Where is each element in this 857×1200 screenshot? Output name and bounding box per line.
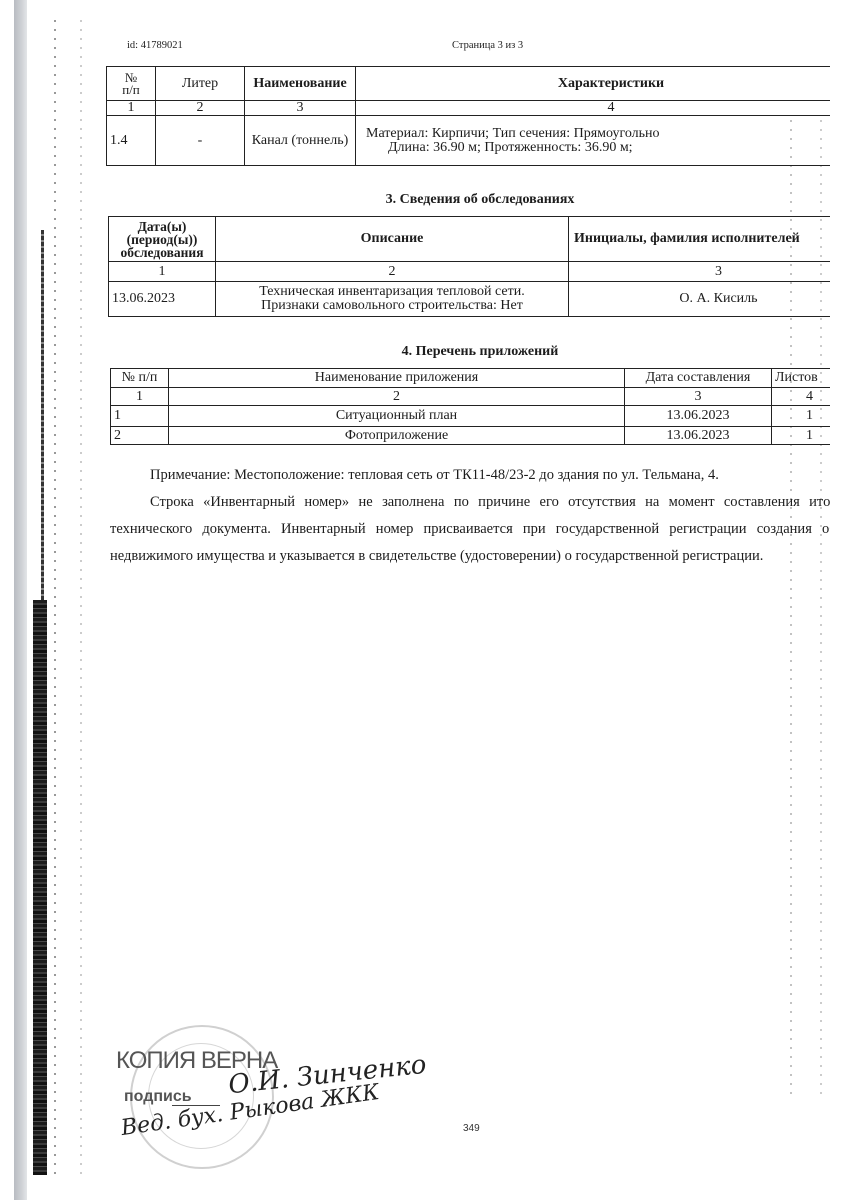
inspections-table: Дата(ы) (период(ы)) обследования Описани… [108, 216, 830, 317]
col-description-header: Описание [216, 217, 569, 262]
numbering-cell: 1 [109, 262, 216, 282]
table-row: 1.4 - Канал (тоннель) Материал: Кирпичи;… [107, 116, 831, 166]
row-litera: - [156, 116, 245, 166]
row-name: Ситуационный план [169, 406, 625, 427]
description-line1: Техническая инвентаризация тепловой сети… [259, 284, 525, 299]
numbering-cell: 1 [111, 388, 169, 406]
numbering-cell: 2 [156, 101, 245, 116]
row-no: 1 [111, 406, 169, 427]
scan-artifact-bar [33, 600, 47, 1175]
numbering-cell: 4 [772, 388, 831, 406]
numbering-cell: 1 [107, 101, 156, 116]
inspections-table-wrapper: Дата(ы) (период(ы)) обследования Описани… [108, 216, 830, 318]
description-line2: Признаки самовольного строительства: Нет [261, 298, 523, 313]
inventory-number-note: Строка «Инвентарный номер» не заполнена … [110, 489, 830, 570]
scan-left-edge [14, 0, 27, 1200]
row-no: 1.4 [107, 116, 156, 166]
table-row: 2 Фотоприложение 13.06.2023 1 [111, 427, 831, 445]
characteristics-line1: Материал: Кирпичи; Тип сечения: Прямоуго… [366, 126, 660, 141]
numbering-row: 1 2 3 4 [111, 388, 831, 406]
col-name-header: Наименование [245, 67, 356, 101]
col-performer-header: Инициалы, фамилия исполнителей [569, 217, 831, 262]
elements-table: № п/п Литер Наименование Характеристики … [106, 66, 830, 166]
signature-label: подпись [124, 1088, 192, 1106]
elements-table-wrapper: № п/п Литер Наименование Характеристики … [106, 66, 830, 166]
col-no-line2: п/п [122, 82, 140, 97]
page-number: 349 [463, 1123, 480, 1134]
notes-block: Примечание: Местоположение: тепловая сет… [110, 462, 830, 570]
notes-wrapper: Примечание: Местоположение: тепловая сет… [110, 462, 830, 597]
table-row: 13.06.2023 Техническая инвентаризация те… [109, 282, 831, 317]
row-characteristics: Материал: Кирпичи; Тип сечения: Прямоуго… [356, 116, 831, 166]
row-name: Канал (тоннель) [245, 116, 356, 166]
scan-artifact-dots [80, 20, 82, 1180]
numbering-cell: 4 [356, 101, 831, 116]
section3-title: 3. Сведения об обследованиях [300, 192, 660, 208]
row-performer: О. А. Кисиль [569, 282, 831, 317]
characteristics-line2: Длина: 36.90 м; Протяженность: 36.90 м; [366, 140, 633, 155]
row-date: 13.06.2023 [625, 427, 772, 445]
section4-title: 4. Перечень приложений [290, 344, 670, 360]
row-description: Техническая инвентаризация тепловой сети… [216, 282, 569, 317]
scan-artifact-dots [54, 20, 56, 1180]
col-date-header: Дата(ы) (период(ы)) обследования [109, 217, 216, 262]
row-date: 13.06.2023 [625, 406, 772, 427]
col-litera-header: Литер [156, 67, 245, 101]
col-characteristics-header: Характеристики [356, 67, 831, 101]
col-date-line3: обследования [120, 245, 203, 260]
col-no-header: № п/п [111, 369, 169, 388]
row-name: Фотоприложение [169, 427, 625, 445]
numbering-cell: 2 [216, 262, 569, 282]
table-header-row: № п/п Наименование приложения Дата соста… [111, 369, 831, 388]
numbering-cell: 2 [169, 388, 625, 406]
col-sheets-header: Листов [772, 369, 831, 388]
col-name-header: Наименование приложения [169, 369, 625, 388]
document-id: id: 41789021 [127, 40, 183, 51]
document-page [27, 0, 857, 1200]
table-header-row: № п/п Литер Наименование Характеристики [107, 67, 831, 101]
attachments-table: № п/п Наименование приложения Дата соста… [110, 368, 830, 445]
numbering-cell: 3 [625, 388, 772, 406]
page-indicator: Страница 3 из 3 [452, 40, 523, 51]
location-note: Примечание: Местоположение: тепловая сет… [110, 462, 830, 489]
row-no: 2 [111, 427, 169, 445]
numbering-row: 1 2 3 [109, 262, 831, 282]
numbering-cell: 3 [569, 262, 831, 282]
row-sheets: 1 [772, 406, 831, 427]
table-row: 1 Ситуационный план 13.06.2023 1 [111, 406, 831, 427]
scan-artifact-bar [41, 230, 44, 610]
row-sheets: 1 [772, 427, 831, 445]
numbering-row: 1 2 3 4 [107, 101, 831, 116]
col-date-header: Дата составления [625, 369, 772, 388]
attachments-table-wrapper: № п/п Наименование приложения Дата соста… [110, 368, 830, 448]
numbering-cell: 3 [245, 101, 356, 116]
table-header-row: Дата(ы) (период(ы)) обследования Описани… [109, 217, 831, 262]
row-date: 13.06.2023 [109, 282, 216, 317]
col-no-header: № п/п [107, 67, 156, 101]
